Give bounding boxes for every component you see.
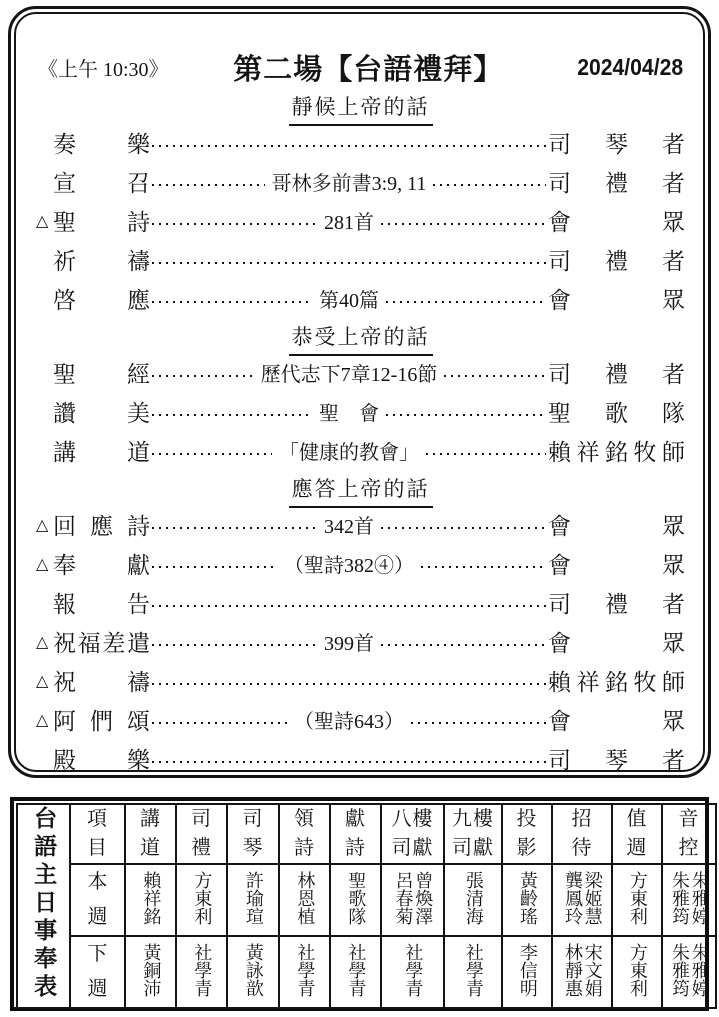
- item-performer: 會眾: [548, 508, 685, 541]
- duty-name: 曾煥澤: [413, 871, 433, 925]
- duty-name-cell: 許瑜瑄: [227, 864, 279, 936]
- duty-table-title: 台語主日事奉表: [17, 804, 70, 1008]
- dot-leader: [152, 644, 317, 646]
- dot-leader: [381, 223, 546, 225]
- char: 禮: [605, 586, 628, 619]
- item-label: 聖經: [53, 356, 150, 389]
- char: 賴: [548, 434, 571, 467]
- char: 者: [662, 356, 685, 389]
- dot-leader: [381, 644, 546, 646]
- char: 眾: [662, 204, 685, 237]
- item-performer: 司琴者: [548, 126, 685, 159]
- liturgy-row: 讚美聖 會聖歌隊: [36, 392, 685, 431]
- char: 獻: [127, 547, 150, 580]
- char: 報: [53, 586, 76, 619]
- duty-name-cell: 社學青: [279, 936, 330, 1008]
- duty-col-header: 講道: [125, 804, 176, 864]
- liturgy-row: △祝禱賴祥銘牧師: [36, 661, 685, 700]
- char: 頌: [127, 703, 150, 736]
- dot-leader: [152, 375, 254, 377]
- char: 福: [78, 625, 101, 658]
- duty-name: 朱雅筠: [669, 871, 689, 925]
- char: 歌: [605, 395, 628, 428]
- duty-row: 本週賴祥銘方東利許瑜瑄林恩植聖歌隊曾煥澤呂春菊張清海黃齡瑤梁姬慧龔鳳玲方東利朱雅…: [17, 864, 716, 936]
- duty-names: 李信明: [517, 943, 537, 997]
- duty-names: 社學青: [295, 943, 315, 997]
- duty-name: 朱雅婷: [689, 943, 709, 997]
- duty-names: 賴祥銘: [141, 871, 161, 925]
- duty-col-header: 領詩: [279, 804, 330, 864]
- char: 會: [548, 625, 571, 658]
- char: 禱: [127, 664, 150, 697]
- char: 眾: [662, 282, 685, 315]
- char: 詩: [127, 204, 150, 237]
- duty-names: 聖歌隊: [346, 871, 366, 925]
- duty-names: 社學青: [192, 943, 212, 997]
- section-heading-text: 靜候上帝的話: [289, 91, 433, 126]
- item-label: 啓應: [53, 282, 150, 315]
- duty-name: 社學青: [403, 943, 423, 997]
- char: 讚: [53, 395, 76, 428]
- duty-name-cell: 賴祥銘: [125, 864, 176, 936]
- duty-names: 朱雅婷朱雅筠: [669, 943, 709, 997]
- duty-name: 梁姬慧: [582, 871, 602, 925]
- service-date: 2024/04/28: [577, 54, 683, 81]
- item-label: 回應詩: [53, 508, 150, 541]
- stand-triangle-mark: △: [36, 671, 53, 691]
- duty-name-cell: 社學青: [330, 936, 381, 1008]
- duty-name: 林恩植: [295, 871, 315, 925]
- duty-col-header: 司琴: [227, 804, 279, 864]
- item-label: 祈禱: [53, 243, 150, 276]
- item-detail: 「健康的教會」: [274, 436, 424, 465]
- duty-col-header: 音控: [662, 804, 716, 864]
- item-performer: 司禮者: [548, 356, 685, 389]
- liturgy-row: △阿們頌（聖詩643）會眾: [36, 700, 685, 739]
- char: 聖: [548, 395, 571, 428]
- item-detail: 281首: [319, 206, 379, 235]
- dot-leader: [152, 184, 265, 186]
- duty-name-cell: 李信明: [502, 936, 552, 1008]
- dot-leader: [152, 566, 277, 568]
- program-box: 《上午 10:30》 第二場【台語禮拜】 2024/04/28 靜候上帝的話奏樂…: [8, 6, 711, 778]
- section-heading: 恭受上帝的話: [36, 321, 685, 353]
- liturgy-row: 講道「健康的教會」賴祥銘牧師: [36, 431, 685, 470]
- dot-leader: [152, 262, 546, 264]
- char: 眾: [662, 508, 685, 541]
- item-label: 講道: [53, 434, 150, 467]
- liturgy-row: 聖經歷代志下7章12-16節司禮者: [36, 353, 685, 392]
- char: 會: [548, 282, 571, 315]
- duty-col-header: 九樓司獻: [444, 804, 502, 864]
- duty-row: 下週黃銅沛社學青黃詠歆社學青社學青社學青社學青李信明宋文娟林靜惠方東利朱雅婷朱雅…: [17, 936, 716, 1008]
- char: 牧: [634, 664, 657, 697]
- char: 殿: [53, 742, 76, 775]
- char: 應: [90, 508, 113, 541]
- duty-col-header: 招待: [552, 804, 612, 864]
- char: 啓: [53, 282, 76, 315]
- item-performer: 司禮者: [548, 586, 685, 619]
- duty-name-cell: 朱雅婷朱雅筠: [662, 864, 716, 936]
- item-performer: 司禮者: [548, 243, 685, 276]
- item-detail: 399首: [319, 627, 379, 656]
- duty-names: 黃詠歆: [243, 943, 263, 997]
- duty-name: 龔鳳玲: [562, 871, 582, 925]
- dot-leader: [152, 683, 546, 685]
- program-inner-border: 《上午 10:30》 第二場【台語禮拜】 2024/04/28 靜候上帝的話奏樂…: [14, 12, 705, 772]
- item-label: 報告: [53, 586, 150, 619]
- char: 眾: [662, 625, 685, 658]
- char: 祥: [577, 434, 600, 467]
- char: 司: [548, 586, 571, 619]
- duty-names: 社學青: [403, 943, 423, 997]
- dot-leader: [381, 527, 546, 529]
- char: 司: [548, 243, 571, 276]
- char: 者: [662, 165, 685, 198]
- duty-name: 呂春菊: [393, 871, 413, 925]
- section-heading-text: 應答上帝的話: [289, 473, 433, 508]
- liturgy-row: 啓應第40篇會眾: [36, 279, 685, 318]
- char: 眾: [662, 703, 685, 736]
- section-heading: 應答上帝的話: [36, 473, 685, 505]
- duty-name: 社學青: [346, 943, 366, 997]
- char: 道: [127, 434, 150, 467]
- char: 阿: [53, 703, 76, 736]
- dot-leader: [411, 722, 546, 724]
- duty-names: 方東利: [627, 943, 647, 997]
- liturgy-row: △奉獻（聖詩382④）會眾: [36, 544, 685, 583]
- char: 們: [90, 703, 113, 736]
- duty-names: 張清海: [463, 871, 483, 925]
- char: 司: [548, 742, 571, 775]
- item-detail: 342首: [319, 510, 379, 539]
- char: 樂: [127, 742, 150, 775]
- item-performer: 司禮者: [548, 165, 685, 198]
- char: 隊: [662, 395, 685, 428]
- char: 奉: [53, 547, 76, 580]
- dot-leader: [152, 223, 317, 225]
- item-performer: 賴祥銘牧師: [548, 434, 685, 467]
- duty-name-cell: 梁姬慧龔鳳玲: [552, 864, 612, 936]
- char: 講: [53, 434, 76, 467]
- item-label: 宣召: [53, 165, 150, 198]
- duty-name-cell: 社學青: [444, 936, 502, 1008]
- stand-triangle-mark: △: [36, 632, 53, 652]
- duty-names: 社學青: [463, 943, 483, 997]
- dot-leader: [152, 414, 312, 416]
- duty-name: 社學青: [463, 943, 483, 997]
- duty-name-cell: 聖歌隊: [330, 864, 381, 936]
- duty-name: 黃詠歆: [243, 943, 263, 997]
- char: 祝: [53, 664, 76, 697]
- char: 會: [548, 204, 571, 237]
- item-detail: （聖詩382④）: [279, 549, 419, 578]
- char: 師: [662, 434, 685, 467]
- duty-name: 張清海: [463, 871, 483, 925]
- item-label: 讚美: [53, 395, 150, 428]
- item-performer: 會眾: [548, 547, 685, 580]
- duty-names: 方東利: [627, 871, 647, 925]
- duty-name-cell: 方東利: [612, 936, 662, 1008]
- duty-col-header: 值週: [612, 804, 662, 864]
- duty-name-cell: 社學青: [381, 936, 444, 1008]
- duty-names: 黃齡瑤: [517, 871, 537, 925]
- dot-leader: [433, 184, 546, 186]
- dot-leader: [152, 453, 272, 455]
- duty-name: 許瑜瑄: [243, 871, 263, 925]
- char: 差: [102, 625, 125, 658]
- char: 賴: [548, 664, 571, 697]
- duty-name: 社學青: [295, 943, 315, 997]
- duty-name: 賴祥銘: [141, 871, 161, 925]
- char: 祝: [53, 625, 76, 658]
- char: 經: [127, 356, 150, 389]
- item-label: 祝禱: [53, 664, 150, 697]
- char: 宣: [53, 165, 76, 198]
- dot-leader: [386, 414, 546, 416]
- stand-triangle-mark: △: [36, 211, 53, 231]
- item-performer: 會眾: [548, 204, 685, 237]
- liturgy-row: 殿樂司琴者: [36, 739, 685, 778]
- char: 會: [548, 508, 571, 541]
- duty-name: 朱雅婷: [689, 871, 709, 925]
- duty-names: 梁姬慧龔鳳玲: [562, 871, 602, 925]
- duty-week-label: 下週: [70, 936, 125, 1008]
- item-performer: 會眾: [548, 703, 685, 736]
- liturgy-row: 奏樂司琴者: [36, 123, 685, 162]
- char: 聖: [53, 356, 76, 389]
- service-title: 第二場【台語禮拜】: [233, 47, 503, 88]
- duty-table-frame: 台語主日事奉表項目講道司禮司琴領詩獻詩八樓司獻九樓司獻投影招待值週音控本週賴祥銘…: [10, 797, 709, 1011]
- duty-name-cell: 黃齡瑤: [502, 864, 552, 936]
- char: 樂: [127, 126, 150, 159]
- char: 召: [127, 165, 150, 198]
- duty-names: 林恩植: [295, 871, 315, 925]
- item-detail: 第40篇: [314, 284, 384, 313]
- duty-name-cell: 社學青: [176, 936, 227, 1008]
- duty-name: 社學青: [192, 943, 212, 997]
- char: 司: [548, 126, 571, 159]
- dot-leader: [152, 145, 546, 147]
- dot-leader: [152, 605, 546, 607]
- duty-name-cell: 方東利: [176, 864, 227, 936]
- section-heading: 靜候上帝的話: [36, 91, 685, 123]
- duty-name: 方東利: [192, 871, 212, 925]
- item-performer: 司琴者: [548, 742, 685, 775]
- duty-table: 台語主日事奉表項目講道司禮司琴領詩獻詩八樓司獻九樓司獻投影招待值週音控本週賴祥銘…: [16, 803, 717, 1009]
- duty-col-header: 投影: [502, 804, 552, 864]
- dot-leader: [152, 301, 312, 303]
- char: 詩: [127, 508, 150, 541]
- section-heading-text: 恭受上帝的話: [289, 321, 433, 356]
- item-detail: （聖詩643）: [289, 705, 409, 734]
- duty-name-cell: 林恩植: [279, 864, 330, 936]
- char: 者: [662, 243, 685, 276]
- char: 祥: [577, 664, 600, 697]
- duty-names: 許瑜瑄: [243, 871, 263, 925]
- liturgy-row: △聖詩281首會眾: [36, 201, 685, 240]
- dot-leader: [444, 375, 546, 377]
- char: 禮: [605, 243, 628, 276]
- stand-triangle-mark: △: [36, 554, 53, 574]
- duty-name-cell: 張清海: [444, 864, 502, 936]
- service-time: 《上午 10:30》: [38, 53, 169, 82]
- duty-name: 林靜惠: [562, 943, 582, 997]
- char: 奏: [53, 126, 76, 159]
- char: 禮: [605, 165, 628, 198]
- item-detail: 歷代志下7章12-16節: [256, 358, 443, 387]
- char: 者: [662, 586, 685, 619]
- duty-week-label: 本週: [70, 864, 125, 936]
- duty-name: 李信明: [517, 943, 537, 997]
- char: 者: [662, 126, 685, 159]
- liturgy-row: 宣召哥林多前書3:9, 11司禮者: [36, 162, 685, 201]
- duty-name-cell: 朱雅婷朱雅筠: [662, 936, 716, 1008]
- liturgy-row: 報告司禮者: [36, 583, 685, 622]
- item-detail: 聖 會: [314, 397, 384, 426]
- duty-names: 曾煥澤呂春菊: [393, 871, 433, 925]
- item-label: 阿們頌: [53, 703, 150, 736]
- char: 回: [53, 508, 76, 541]
- item-performer: 聖歌隊: [548, 395, 685, 428]
- item-label: 聖詩: [53, 204, 150, 237]
- char: 銘: [605, 664, 628, 697]
- duty-names: 社學青: [346, 943, 366, 997]
- item-label: 奏樂: [53, 126, 150, 159]
- duty-table-title-text: 台語主日事奉表: [31, 806, 56, 1002]
- char: 會: [548, 703, 571, 736]
- dot-leader: [152, 761, 546, 763]
- stand-triangle-mark: △: [36, 710, 53, 730]
- char: 琴: [605, 126, 628, 159]
- char: 牧: [634, 434, 657, 467]
- duty-name-cell: 宋文娟林靜惠: [552, 936, 612, 1008]
- liturgy-row: △回應詩342首會眾: [36, 505, 685, 544]
- char: 聖: [53, 204, 76, 237]
- item-detail: 哥林多前書3:9, 11: [267, 167, 432, 196]
- duty-col-header: 司禮: [176, 804, 227, 864]
- char: 禮: [605, 356, 628, 389]
- char: 祈: [53, 243, 76, 276]
- dot-leader: [386, 301, 546, 303]
- dot-leader: [421, 566, 546, 568]
- char: 美: [127, 395, 150, 428]
- item-label: 祝福差遣: [53, 625, 150, 658]
- duty-name: 方東利: [627, 943, 647, 997]
- dot-leader: [426, 453, 546, 455]
- char: 師: [662, 664, 685, 697]
- char: 琴: [605, 742, 628, 775]
- duty-name: 黃齡瑤: [517, 871, 537, 925]
- char: 司: [548, 165, 571, 198]
- liturgy-row: 祈禱司禮者: [36, 240, 685, 279]
- item-performer: 賴祥銘牧師: [548, 664, 685, 697]
- duty-col-header: 八樓司獻: [381, 804, 444, 864]
- stand-triangle-mark: △: [36, 515, 53, 535]
- liturgy-list: 靜候上帝的話奏樂司琴者宣召哥林多前書3:9, 11司禮者△聖詩281首會眾祈禱司…: [36, 91, 685, 778]
- dot-leader: [152, 527, 317, 529]
- item-performer: 會眾: [548, 625, 685, 658]
- duty-name-cell: 方東利: [612, 864, 662, 936]
- duty-name: 黃銅沛: [141, 943, 161, 997]
- char: 告: [127, 586, 150, 619]
- program-header: 《上午 10:30》 第二場【台語禮拜】 2024/04/28: [38, 46, 683, 88]
- duty-names: 黃銅沛: [141, 943, 161, 997]
- char: 司: [548, 356, 571, 389]
- char: 眾: [662, 547, 685, 580]
- liturgy-row: △祝福差遣399首會眾: [36, 622, 685, 661]
- duty-name-cell: 黃銅沛: [125, 936, 176, 1008]
- duty-header-row: 台語主日事奉表項目講道司禮司琴領詩獻詩八樓司獻九樓司獻投影招待值週音控: [17, 804, 716, 864]
- duty-name-cell: 黃詠歆: [227, 936, 279, 1008]
- duty-name: 朱雅筠: [669, 943, 689, 997]
- char: 禱: [127, 243, 150, 276]
- item-label: 殿樂: [53, 742, 150, 775]
- char: 銘: [605, 434, 628, 467]
- duty-name-cell: 曾煥澤呂春菊: [381, 864, 444, 936]
- duty-names: 方東利: [192, 871, 212, 925]
- duty-name: 方東利: [627, 871, 647, 925]
- duty-names: 朱雅婷朱雅筠: [669, 871, 709, 925]
- duty-names: 宋文娟林靜惠: [562, 943, 602, 997]
- duty-name: 宋文娟: [582, 943, 602, 997]
- dot-leader: [152, 722, 287, 724]
- item-performer: 會眾: [548, 282, 685, 315]
- duty-col-header: 獻詩: [330, 804, 381, 864]
- char: 應: [127, 282, 150, 315]
- item-label: 奉獻: [53, 547, 150, 580]
- duty-name: 聖歌隊: [346, 871, 366, 925]
- char: 遣: [127, 625, 150, 658]
- char: 會: [548, 547, 571, 580]
- duty-col-header: 項目: [70, 804, 125, 864]
- char: 者: [662, 742, 685, 775]
